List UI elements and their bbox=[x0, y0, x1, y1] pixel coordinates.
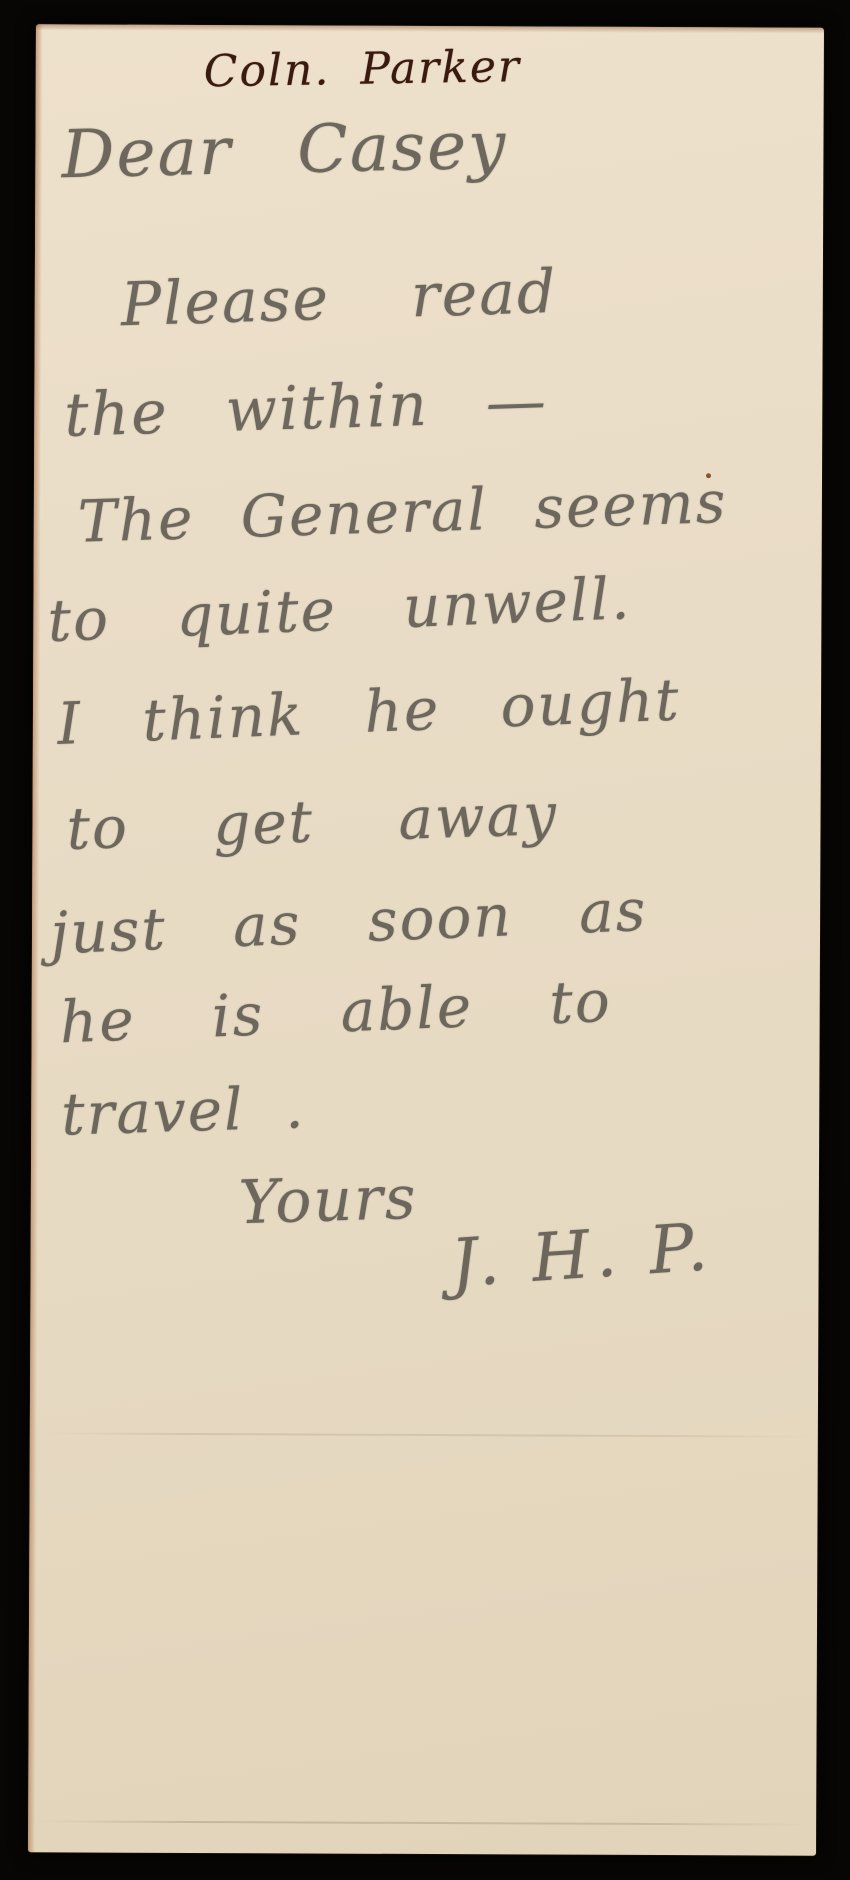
body-line-2: the within — bbox=[63, 366, 548, 451]
paper-crease-bottom bbox=[36, 1820, 808, 1825]
body-line-4: to quite unwell. bbox=[46, 564, 632, 655]
body-line-9: travel . bbox=[60, 1073, 306, 1148]
letter-paper: Coln. Parker Dear Casey Please read the … bbox=[28, 24, 824, 1855]
body-line-7: just as soon as bbox=[49, 876, 649, 967]
salutation: Dear Casey bbox=[61, 107, 508, 194]
body-line-8: he is able to bbox=[59, 967, 613, 1057]
body-line-6: to get away bbox=[66, 780, 559, 863]
body-line-5: I think he ought bbox=[56, 666, 682, 758]
signature-initials: J. H. P. bbox=[448, 1208, 715, 1302]
photo-background: Coln. Parker Dear Casey Please read the … bbox=[0, 0, 850, 1880]
paper-speck bbox=[706, 473, 711, 478]
paper-crease-middle bbox=[38, 1432, 810, 1437]
docket-inscription: Coln. Parker bbox=[203, 41, 521, 97]
body-line-1: Please read bbox=[120, 257, 559, 340]
closing: Yours bbox=[238, 1163, 419, 1238]
body-line-3: The General seems bbox=[77, 468, 728, 556]
